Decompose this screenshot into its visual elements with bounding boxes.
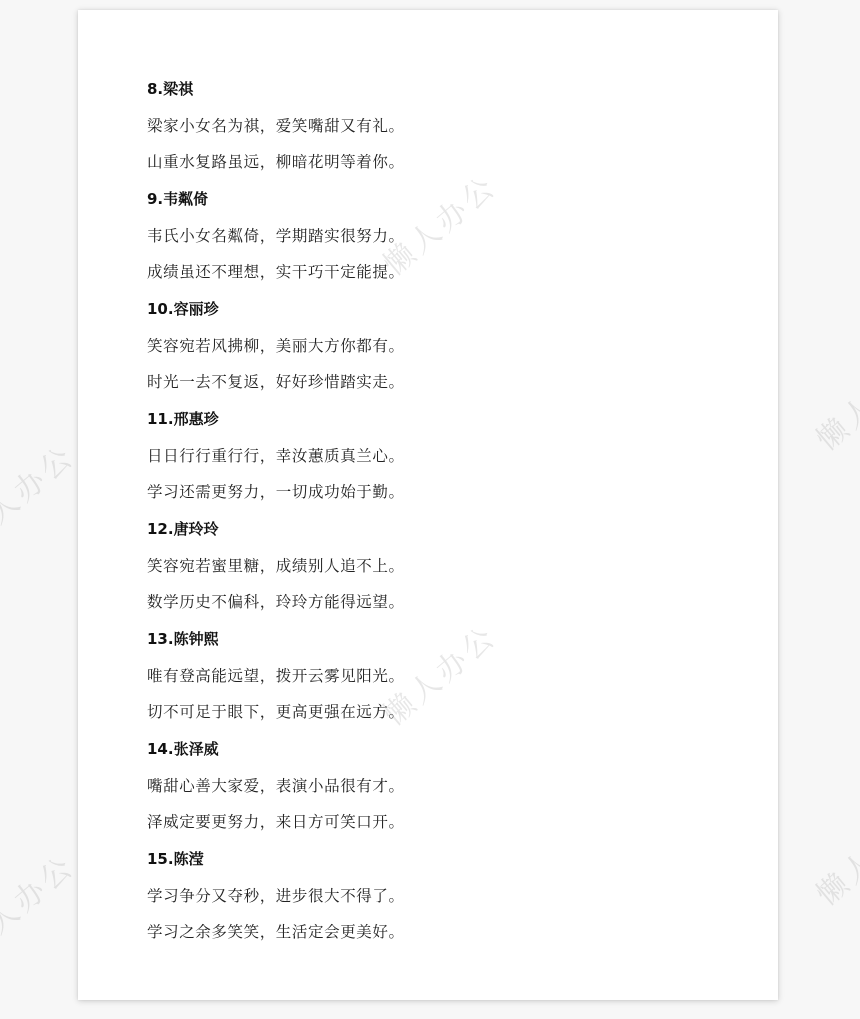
entry-title: 11.邢惠珍 bbox=[147, 408, 707, 445]
watermark: 懒人办公 bbox=[805, 793, 860, 914]
entry-13: 13.陈钟熙 唯有登高能远望，拨开云雾见阳光。 切不可足于眼下，更高更强在远方。 bbox=[147, 628, 707, 738]
entry-line: 韦氏小女名粼倚，学期踏实很努力。 bbox=[147, 225, 707, 261]
entry-line: 嘴甜心善大家爱，表演小品很有才。 bbox=[147, 775, 707, 811]
entry-line: 切不可足于眼下，更高更强在远方。 bbox=[147, 701, 707, 738]
entry-8: 8.梁祺 梁家小女名为祺，爱笑嘴甜又有礼。 山重水复路虽远，柳暗花明等着你。 bbox=[147, 78, 707, 188]
entry-10: 10.容丽珍 笑容宛若风拂柳，美丽大方你都有。 时光一去不复返，好好珍惜踏实走。 bbox=[147, 298, 707, 408]
entry-line: 唯有登高能远望，拨开云雾见阳光。 bbox=[147, 665, 707, 701]
entry-14: 14.张泽威 嘴甜心善大家爱，表演小品很有才。 泽威定要更努力，来日方可笑口开。 bbox=[147, 738, 707, 848]
entry-line: 数学历史不偏科，玲玲方能得远望。 bbox=[147, 591, 707, 628]
entry-line: 山重水复路虽远，柳暗花明等着你。 bbox=[147, 151, 707, 188]
watermark: 懒人办公 bbox=[805, 338, 860, 459]
entry-line: 笑容宛若蜜里糖，成绩别人追不上。 bbox=[147, 555, 707, 591]
entry-12: 12.唐玲玲 笑容宛若蜜里糖，成绩别人追不上。 数学历史不偏科，玲玲方能得远望。 bbox=[147, 518, 707, 628]
entry-title: 14.张泽威 bbox=[147, 738, 707, 775]
entry-line: 成绩虽还不理想，实干巧干定能提。 bbox=[147, 261, 707, 298]
entry-line: 梁家小女名为祺，爱笑嘴甜又有礼。 bbox=[147, 115, 707, 151]
entry-line: 学习还需更努力，一切成功始于勤。 bbox=[147, 481, 707, 518]
entry-title: 9.韦粼倚 bbox=[147, 188, 707, 225]
entry-title: 8.梁祺 bbox=[147, 78, 707, 115]
entry-line: 学习争分又夺秒，进步很大不得了。 bbox=[147, 885, 707, 921]
entry-title: 12.唐玲玲 bbox=[147, 518, 707, 555]
entry-title: 15.陈滢 bbox=[147, 848, 707, 885]
entry-line: 笑容宛若风拂柳，美丽大方你都有。 bbox=[147, 335, 707, 371]
entry-line: 学习之余多笑笑，生活定会更美好。 bbox=[147, 921, 707, 958]
entry-title: 10.容丽珍 bbox=[147, 298, 707, 335]
entry-9: 9.韦粼倚 韦氏小女名粼倚，学期踏实很努力。 成绩虽还不理想，实干巧干定能提。 bbox=[147, 188, 707, 298]
entry-line: 时光一去不复返，好好珍惜踏实走。 bbox=[147, 371, 707, 408]
watermark: 懒人办公 bbox=[0, 433, 82, 554]
entry-15: 15.陈滢 学习争分又夺秒，进步很大不得了。 学习之余多笑笑，生活定会更美好。 bbox=[147, 848, 707, 958]
entry-line: 泽威定要更努力，来日方可笑口开。 bbox=[147, 811, 707, 848]
entry-title: 13.陈钟熙 bbox=[147, 628, 707, 665]
entry-11: 11.邢惠珍 日日行行重行行，幸汝蕙质真兰心。 学习还需更努力，一切成功始于勤。 bbox=[147, 408, 707, 518]
document-content: 8.梁祺 梁家小女名为祺，爱笑嘴甜又有礼。 山重水复路虽远，柳暗花明等着你。 9… bbox=[147, 78, 707, 958]
entry-line: 日日行行重行行，幸汝蕙质真兰心。 bbox=[147, 445, 707, 481]
watermark: 懒人办公 bbox=[0, 843, 82, 964]
document-page: 8.梁祺 梁家小女名为祺，爱笑嘴甜又有礼。 山重水复路虽远，柳暗花明等着你。 9… bbox=[78, 10, 778, 1000]
